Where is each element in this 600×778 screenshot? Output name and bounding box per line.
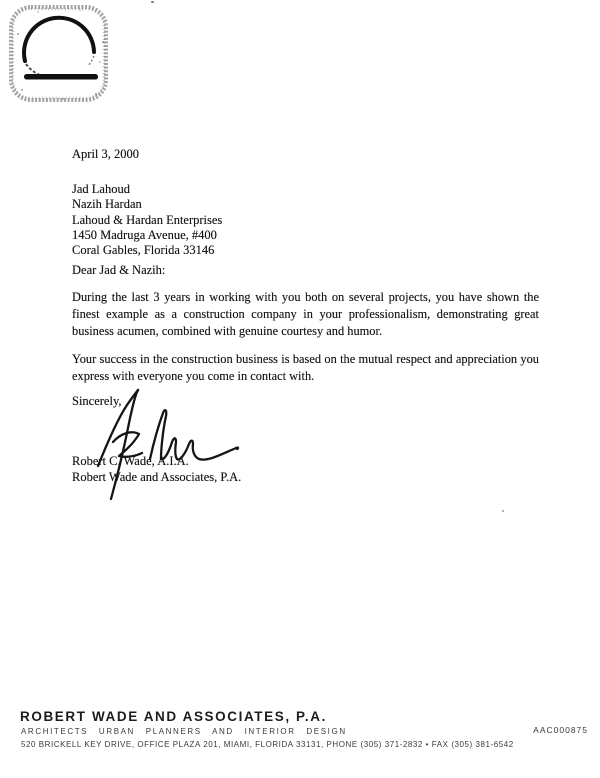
scanned-letter-page: April 3, 2000 Jad Lahoud Nazih Hardan La…	[0, 0, 600, 778]
recipient-line: Lahoud & Hardan Enterprises	[72, 213, 222, 228]
recipient-line: 1450 Madruga Avenue, #400	[72, 228, 222, 243]
salutation: Dear Jad & Nazih:	[72, 263, 165, 278]
body-paragraph: Your success in the construction busines…	[72, 351, 539, 385]
stamp-logo-icon	[8, 4, 110, 104]
recipient-line: Jad Lahoud	[72, 182, 222, 197]
footer-address-line: 520 BRICKELL KEY DRIVE, OFFICE PLAZA 201…	[21, 740, 514, 749]
letter-date: April 3, 2000	[72, 147, 139, 162]
recipient-line: Coral Gables, Florida 33146	[72, 243, 222, 258]
scan-artifact	[151, 1, 154, 3]
signer-name: Robert C. Wade, A.I.A.	[72, 454, 189, 469]
signer-company: Robert Wade and Associates, P.A.	[72, 470, 241, 485]
stamp-logo	[8, 4, 110, 104]
body-paragraph: During the last 3 years in working with …	[72, 289, 539, 341]
footer-tagline: ARCHITECTS URBAN PLANNERS AND INTERIOR D…	[21, 727, 347, 736]
recipient-address-block: Jad Lahoud Nazih Hardan Lahoud & Hardan …	[72, 182, 222, 258]
recipient-line: Nazih Hardan	[72, 197, 222, 212]
scan-artifact	[502, 510, 504, 512]
footer-company-name: ROBERT WADE AND ASSOCIATES, P.A.	[20, 709, 327, 724]
footer-license-number: AAC000875	[533, 725, 588, 735]
